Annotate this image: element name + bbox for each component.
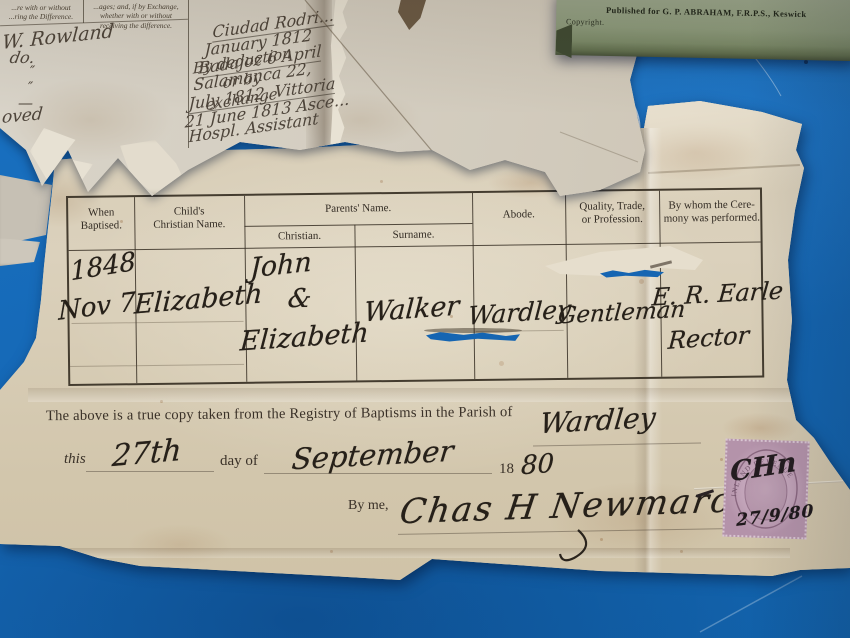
photograph-of-documents: When Baptised. Child's Christian Name. P… [0,0,850,638]
surface-scratches [0,0,850,638]
